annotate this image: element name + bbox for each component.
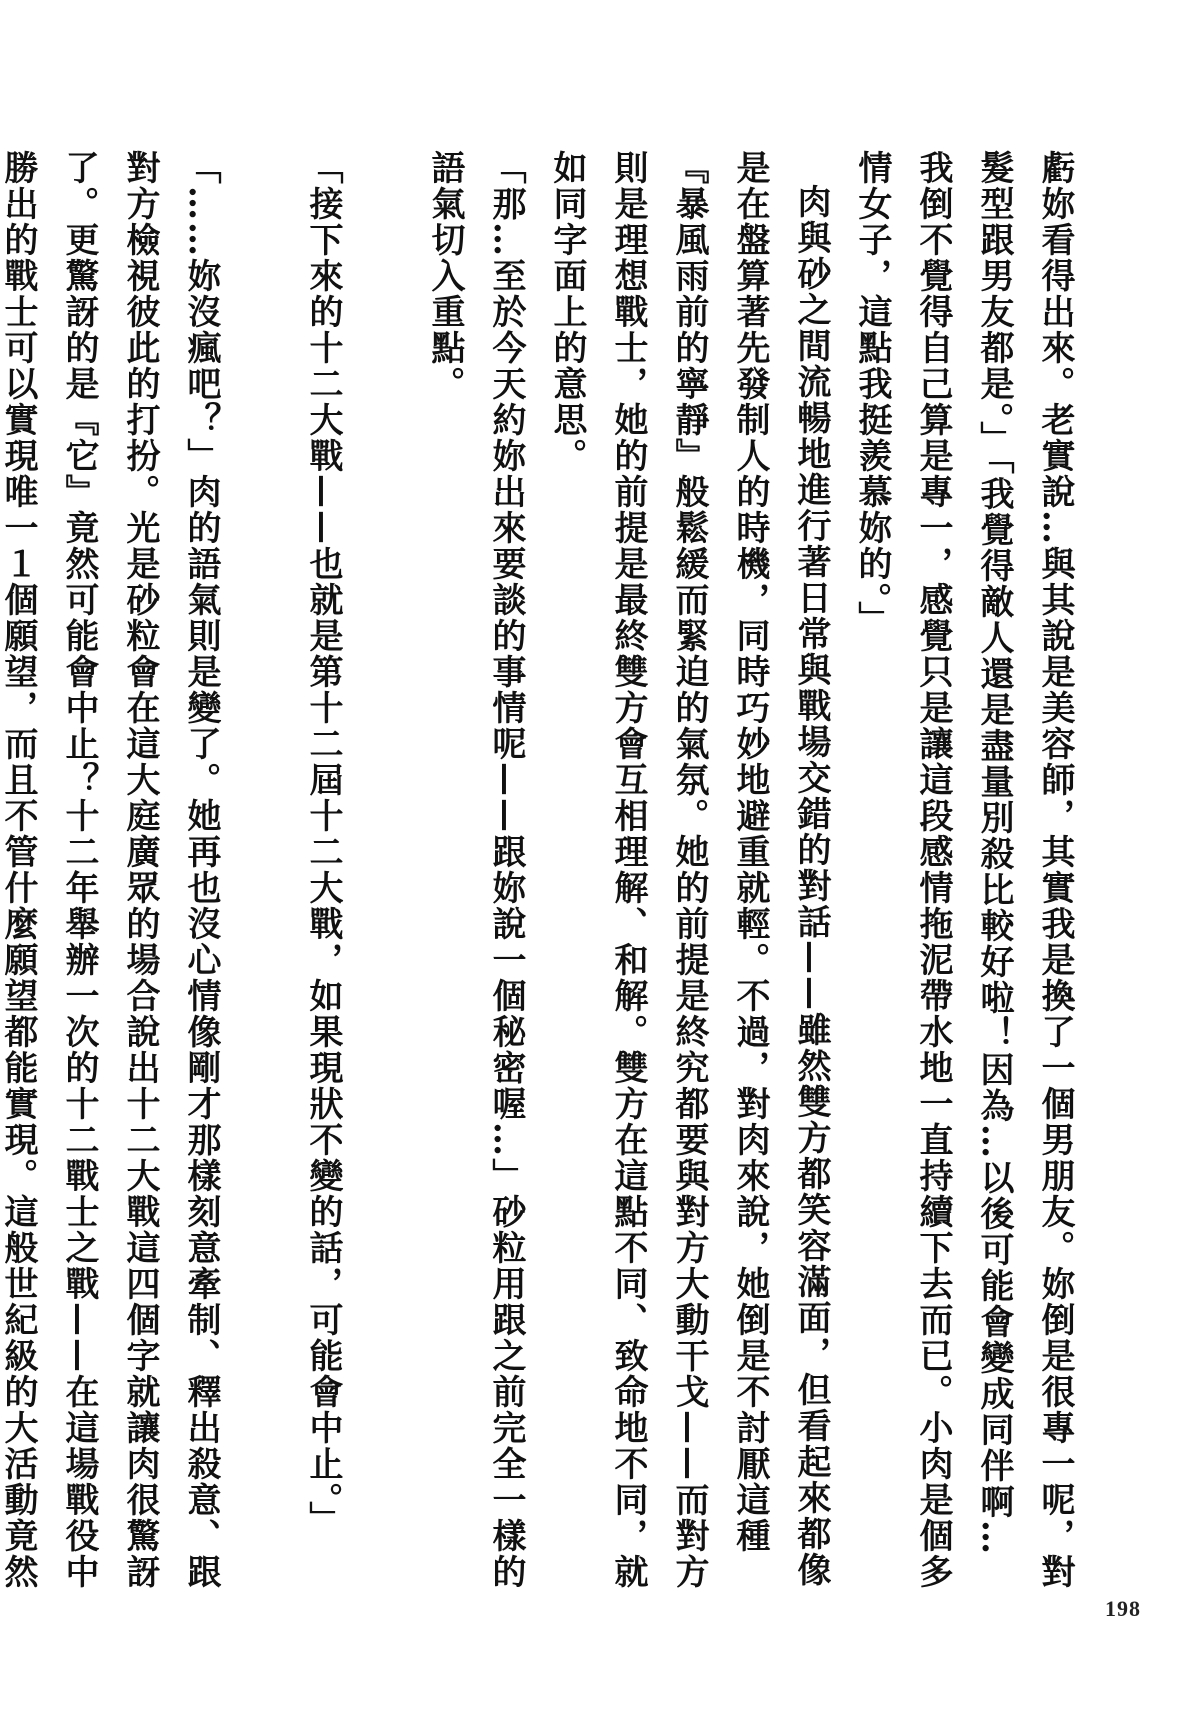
paragraph-dialogue-secret: 「那…至於今天約妳出來要談的事情呢——跟妳說一個秘密喔…」砂粒用跟之前完全一樣的… <box>414 150 536 1590</box>
paragraph-narration-reaction: 「……妳沒瘋吧？」肉的語氣則是變了。她再也沒心情像剛才那樣刻意牽制、釋出殺意、跟… <box>0 150 231 1590</box>
paragraph-dialogue-twelve-war: 「接下來的十二大戰——也就是第十二屆十二大戰，如果現狀不變的話，可能會中止。」 <box>292 150 353 1590</box>
book-page: 虧妳看得出來。老實說…與其說是美容師，其實我是換了一個男朋友。妳倒是很專一呢，對… <box>0 0 1200 1717</box>
page-number: 198 <box>1105 1596 1141 1622</box>
paragraph-dialogue-hair-boyfriend: 虧妳看得出來。老實說…與其說是美容師，其實我是換了一個男朋友。妳倒是很專一呢，對… <box>841 150 1085 1590</box>
paragraph-narration-conversation: 肉與砂之間流暢地進行著日常與戰場交錯的對話——雖然雙方都笑容滿面，但看起來都像是… <box>536 150 841 1590</box>
vertical-text-body: 虧妳看得出來。老實說…與其說是美容師，其實我是換了一個男朋友。妳倒是很專一呢，對… <box>0 150 1085 1590</box>
